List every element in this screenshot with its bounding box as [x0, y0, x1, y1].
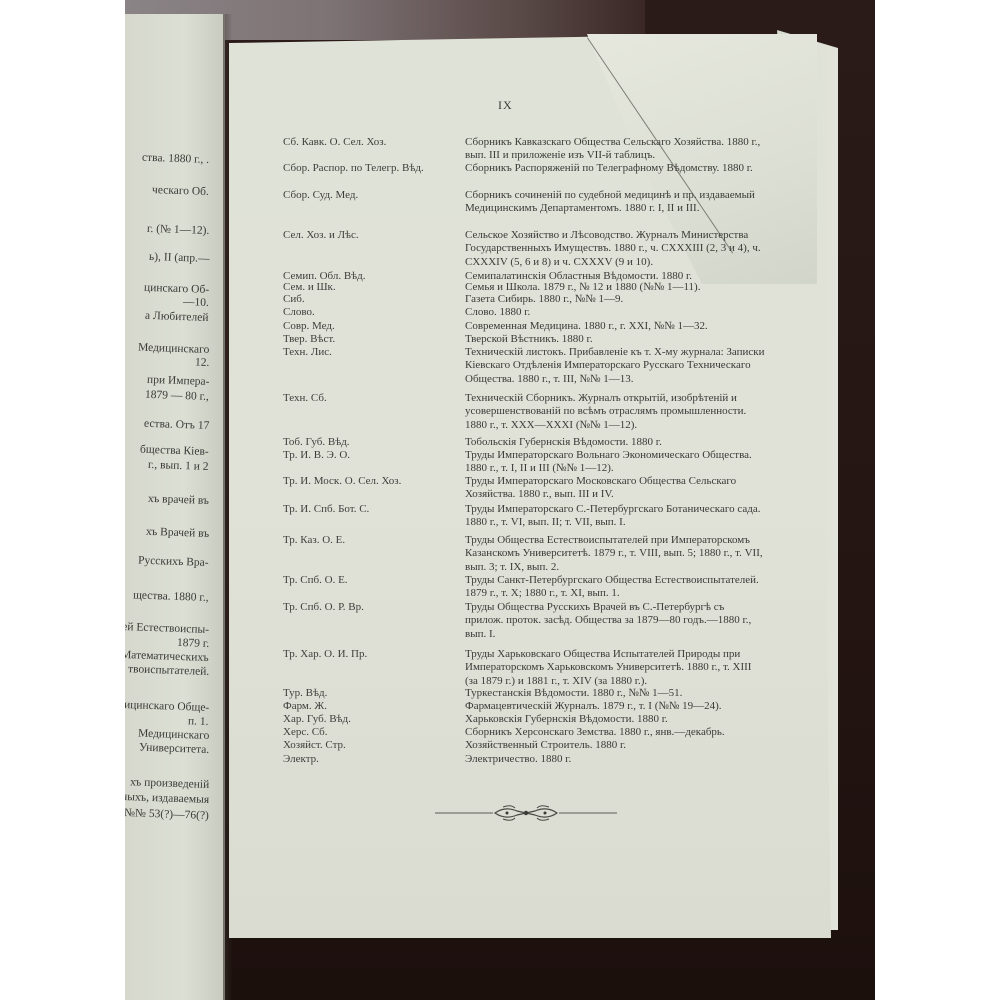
- entry-description: Современная Медицина. 1880 г., г. XXI, №…: [465, 320, 765, 333]
- left-page-text: Медицинскаго: [138, 728, 210, 742]
- entry-abbreviation: Электр.: [283, 753, 319, 765]
- entry-abbreviation: Тр. И. Спб. Бот. С.: [283, 503, 369, 515]
- entry-abbreviation: Тоб. Губ. Вѣд.: [283, 436, 350, 448]
- entry-abbreviation: Тр. И. Моск. О. Сел. Хоз.: [283, 475, 401, 487]
- left-page-text: ь), II (апр.—: [148, 251, 209, 265]
- left-page-text: Медицинскаго: [138, 342, 210, 356]
- left-page-text: Русскихъ Вра-: [138, 555, 209, 569]
- entry-abbreviation: Херс. Сб.: [283, 726, 328, 738]
- left-page-text: твоиспытателей.: [128, 663, 210, 678]
- left-page-text: ней Естествоиспы-: [125, 621, 209, 636]
- left-page-text: бщества Кіев-: [140, 444, 209, 458]
- entry-abbreviation: Тур. Вѣд.: [283, 687, 327, 699]
- entry-abbreviation: Тр. Хар. О. И. Пр.: [283, 648, 367, 660]
- book-photo: ства. 1880 г., . ческаго Об. г. (№ 1—12)…: [125, 0, 875, 1000]
- left-page-text: при Импера-: [146, 374, 209, 388]
- entry-description: Фармацевтическій Журналъ. 1879 г., т. I …: [465, 700, 765, 713]
- entry-abbreviation: Слово.: [283, 306, 315, 318]
- left-page-text: —10.: [183, 296, 209, 309]
- entry-abbreviation: Сб. Кавк. О. Сел. Хоз.: [283, 136, 386, 148]
- entry-description: Хозяйственный Строитель. 1880 г.: [465, 739, 765, 752]
- entry-abbreviation: Тр. Спб. О. Р. Вр.: [283, 601, 364, 613]
- entry-abbreviation: Сем. и Шк.: [283, 281, 336, 293]
- entry-description: Сборникъ Кавказскаго Общества Сельскаго …: [465, 136, 765, 163]
- left-page-text: г. (№ 1—12).: [147, 223, 210, 237]
- entry-abbreviation: Сбор. Распор. по Телегр. Вѣд.: [283, 162, 424, 174]
- entry-abbreviation: Тр. И. В. Э. О.: [283, 449, 350, 461]
- entry-abbreviation: Тр. Спб. О. Е.: [283, 574, 348, 586]
- entry-abbreviation: Сбор. Суд. Мед.: [283, 189, 358, 201]
- left-page: ства. 1880 г., . ческаго Об. г. (№ 1—12)…: [125, 14, 225, 1000]
- left-page-text: ицинскаго Обще-: [125, 699, 209, 714]
- left-page-text: цинскаго Об-: [144, 282, 210, 296]
- entry-abbreviation: Сел. Хоз. и Лѣс.: [283, 229, 359, 241]
- entry-description: Техническій Сборникъ. Журналъ открытій, …: [465, 392, 765, 432]
- entry-description: Сборникъ Херсонскаго Земства. 1880 г., я…: [465, 726, 765, 739]
- left-page-text: Математическихъ: [125, 649, 209, 664]
- entry-abbreviation: Тр. Каз. О. Е.: [283, 534, 345, 546]
- entry-description: Труды Харьковскаго Общества Испытателей …: [465, 648, 765, 688]
- entry-abbreviation: Техн. Лис.: [283, 346, 332, 358]
- left-page-text: хъ произведеній: [130, 776, 210, 791]
- entry-description: Труды Императорскаго Вольнаго Экономичес…: [465, 449, 765, 476]
- entry-description: Сборникъ Распоряженій по Телеграфному Вѣ…: [465, 162, 765, 175]
- left-page-text: а Любителей: [145, 310, 209, 324]
- entry-description: Сельское Хозяйство и Лѣсоводство. Журнал…: [465, 229, 765, 269]
- left-page-text: щества. 1880 г.,: [133, 589, 209, 604]
- left-page-text: ческаго Об.: [152, 184, 209, 198]
- left-page-text: г., вып. 1 и 2: [148, 459, 209, 473]
- left-page-text: ства. 1880 г., .: [142, 152, 209, 166]
- left-page-text: хъ Врачей въ: [146, 526, 210, 540]
- entry-description: Харьковскія Губернскія Вѣдомости. 1880 г…: [465, 713, 765, 726]
- entry-description: Слово. 1880 г.: [465, 306, 765, 319]
- entry-abbreviation: Техн. Сб.: [283, 392, 327, 404]
- entry-description: Тобольскія Губернскія Вѣдомости. 1880 г.: [465, 436, 765, 449]
- entry-description: Труды Общества Русскихъ Врачей въ С.-Пет…: [465, 601, 765, 641]
- entry-abbreviation: Твер. Вѣст.: [283, 333, 335, 345]
- entry-abbreviation: Совр. Мед.: [283, 320, 335, 332]
- left-page-text: хъ врачей въ: [148, 493, 209, 507]
- entry-abbreviation: Хозяйст. Стр.: [283, 739, 346, 751]
- left-page-text: Университета.: [139, 742, 210, 756]
- left-page-text: 12.: [194, 357, 209, 369]
- entry-description: Труды Императорскаго Московскаго Обществ…: [465, 475, 765, 502]
- ornament-divider-icon: [433, 803, 619, 823]
- entry-description: Труды Общества Естествоиспытателей при И…: [465, 534, 765, 574]
- entry-description: Сборникъ сочиненій по судебной медицинѣ …: [465, 189, 765, 216]
- entry-abbreviation: Хар. Губ. Вѣд.: [283, 713, 351, 725]
- left-page-text: п. 1.: [188, 715, 209, 728]
- entry-description: Газета Сибирь. 1880 г., №№ 1—9.: [465, 293, 765, 306]
- entry-description: Электричество. 1880 г.: [465, 753, 765, 766]
- entry-description: Туркестанскія Вѣдомости. 1880 г., №№ 1—5…: [465, 687, 765, 700]
- left-page-text: №№ 53(?)—76(?): [125, 807, 209, 822]
- entry-description: Техническій листокъ. Прибавленіе къ т. X…: [465, 346, 765, 386]
- left-page-text: 1879 г.: [177, 637, 210, 650]
- entry-abbreviation: Сиб.: [283, 293, 305, 305]
- left-page-text: ества. Отъ 17: [144, 418, 210, 432]
- entry-description: Труды Санкт-Петербургскаго Общества Есте…: [465, 574, 765, 601]
- left-page-text: 1879 — 80 г.,: [145, 389, 209, 403]
- entry-description: Тверской Вѣстникъ. 1880 г.: [465, 333, 765, 346]
- left-page-text: ныхъ, издаваемыя: [125, 791, 209, 806]
- entry-description: Труды Императорскаго С.-Петербургскаго Б…: [465, 503, 765, 530]
- page-number: IX: [498, 98, 513, 113]
- entry-abbreviation: Фарм. Ж.: [283, 700, 327, 712]
